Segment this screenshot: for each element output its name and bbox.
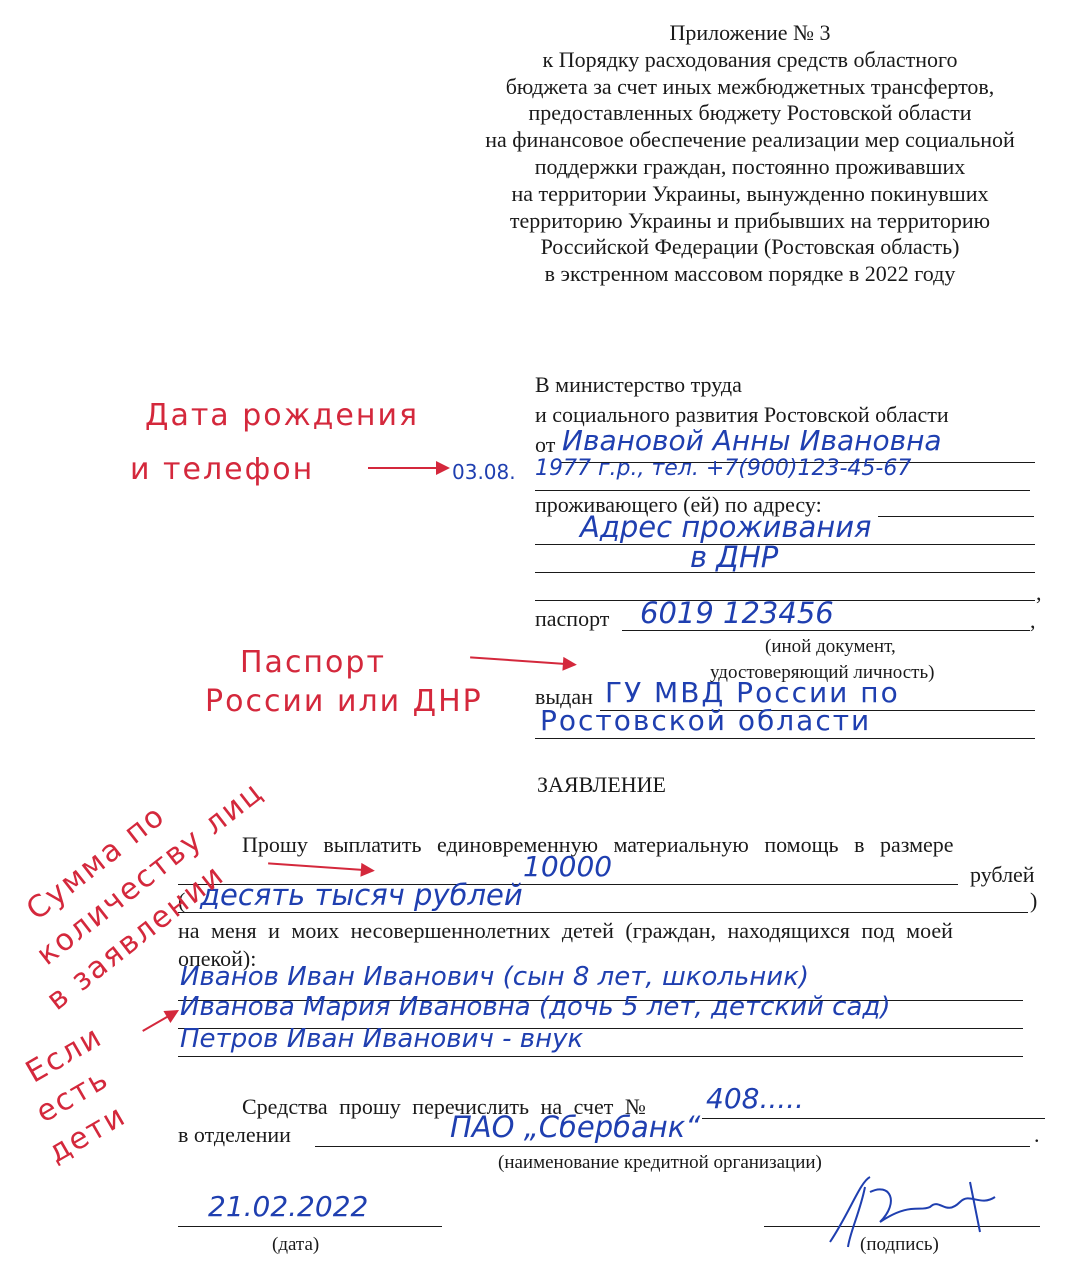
issued-line2[interactable]: Ростовской области <box>540 704 871 737</box>
branch-note: (наименование кредитной организации) <box>498 1150 822 1176</box>
header-line: Российской Федерации (Ростовская область… <box>440 234 1060 261</box>
header-line: бюджета за счет иных межбюджетных трансф… <box>440 74 1060 101</box>
child-entry[interactable]: Иванов Иван Иванович (сын 8 лет, школьни… <box>180 962 809 992</box>
annotation-passport-line2: России или ДНР <box>205 684 483 719</box>
header-line: к Порядку расходования средств областног… <box>440 47 1060 74</box>
arrow-icon <box>470 656 575 665</box>
signature-label: (подпись) <box>860 1232 939 1258</box>
birth-phone-value[interactable]: 1977 г.р., тел. +7(900)123-45-67 <box>535 456 911 481</box>
passport-label: паспорт <box>535 606 609 632</box>
addressee-line1: В министерство труда <box>535 372 742 398</box>
header-line: территорию Украины и прибывших на террит… <box>440 208 1060 235</box>
arrow-icon <box>142 1010 178 1032</box>
children-text1: на меня и моих несовершеннолетних детей … <box>178 918 953 944</box>
account-value[interactable]: 408..... <box>706 1082 804 1115</box>
arrow-icon <box>268 862 373 871</box>
arrow-icon <box>368 467 448 469</box>
annotation-passport-line1: Паспорт <box>240 645 386 680</box>
header-line: поддержки граждан, постоянно проживавших <box>440 154 1060 181</box>
address-line2[interactable]: в ДНР <box>690 540 778 574</box>
child-entry[interactable]: Петров Иван Иванович - внук <box>180 1024 583 1054</box>
appendix-header: Приложение № 3 к Порядку расходования ср… <box>440 20 1060 288</box>
passport-note1: (иной документ, <box>765 634 896 660</box>
statement-title: ЗАЯВЛЕНИЕ <box>537 772 666 798</box>
header-line: на финансовое обеспечение реализации мер… <box>440 127 1060 154</box>
date-label: (дата) <box>272 1232 319 1258</box>
rubles-label: рублей <box>970 862 1035 888</box>
branch-label: в отделении <box>178 1122 291 1148</box>
amount-words[interactable]: десять тысяч рублей <box>200 878 523 912</box>
birth-date-prefix[interactable]: 03.08. <box>452 460 516 484</box>
header-line: Приложение № 3 <box>440 20 1060 47</box>
header-line: в экстренном массовом порядке в 2022 год… <box>440 261 1060 288</box>
date-value[interactable]: 21.02.2022 <box>208 1190 368 1223</box>
from-value[interactable]: Ивановой Анны Ивановна <box>562 424 942 457</box>
branch-value[interactable]: ПАО „Сбербанк“ <box>450 1110 700 1144</box>
passport-value[interactable]: 6019 123456 <box>640 596 834 630</box>
header-line: предоставленных бюджету Ростовской облас… <box>440 100 1060 127</box>
amount-value[interactable]: 10000 <box>523 850 612 883</box>
annotation-birth-line2: и телефон <box>130 452 314 487</box>
address-line1[interactable]: Адрес проживания <box>580 510 872 544</box>
from-label: от <box>535 432 555 458</box>
child-entry[interactable]: Иванова Мария Ивановна (дочь 5 лет, детс… <box>180 992 891 1022</box>
header-line: на территории Украины, вынужденно покину… <box>440 181 1060 208</box>
annotation-birth-line1: Дата рождения <box>145 398 419 433</box>
